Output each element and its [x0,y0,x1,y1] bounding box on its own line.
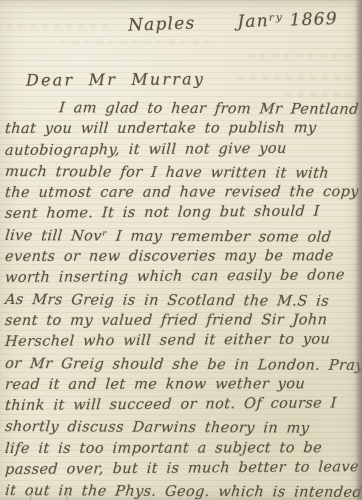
letter-scan: Naples Janʳʸ 1869 Dear Mr Murray I am gl… [0,0,362,500]
ghost-writing [248,54,352,58]
ghost-writing [60,40,210,44]
letter-line: worth inserting which can easily be done [4,266,360,290]
salutation: Dear Mr Murray [26,69,205,89]
place-name: Naples [128,13,196,35]
letter-line: Herschel who will send it either to you [4,329,360,353]
letter-line: autobiography, it will not give you [4,138,360,162]
letter-body: I am glad to hear from Mr Pentland that … [5,98,360,500]
letter-date: Janʳʸ 1869 [237,9,338,32]
letter-line: sent home. It is not long but should I [4,202,360,226]
ghost-writing [6,24,116,28]
letter-line: that you will undertake to publish my [4,118,360,140]
ghost-writing [238,76,354,80]
dateline: Naples Janʳʸ 1869 [128,8,357,35]
letter-line: passed over, but it is much better to le… [4,457,360,481]
ghost-writing [286,93,354,97]
letter-line: shortly discuss Darwins theory in my [4,417,361,440]
letter-line: it out in the Phys. Geog. which is inten… [4,481,361,500]
letter-line: think it will succeed or not. Of course … [4,393,360,417]
